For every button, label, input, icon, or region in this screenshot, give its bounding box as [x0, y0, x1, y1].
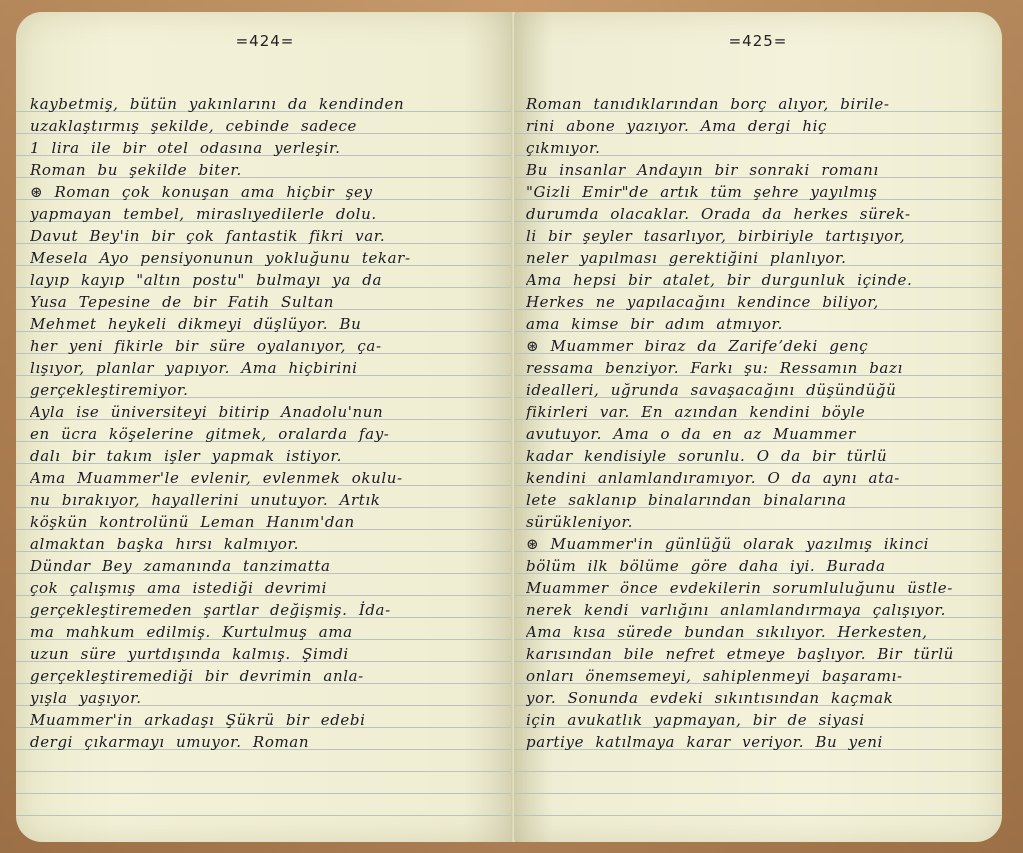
text-line: için avukatlık yapmayan, bir de siyasi — [526, 709, 992, 731]
text-line: yapmayan tembel, miraslıyedilerle dolu. — [30, 203, 504, 225]
text-line: nu bırakıyor, hayallerini unutuyor. Artı… — [30, 489, 504, 511]
left-notebook-page: =424= kaybetmiş, bütün yakınlarını da ke… — [16, 12, 514, 842]
text-line: en ücra köşelerine gitmek, oralarda fay- — [30, 423, 504, 445]
text-line: 1 lira ile bir otel odasına yerleşir. — [30, 137, 504, 159]
text-line: yışla yaşıyor. — [30, 687, 504, 709]
text-line: Ayla ise üniversiteyi bitirip Anadolu'nu… — [30, 401, 504, 423]
text-line: Ama Muammer'le evlenir, evlenmek okulu- — [30, 467, 504, 489]
text-line: her yeni fikirle bir süre oyalanıyor, ça… — [30, 335, 504, 357]
text-line: Herkes ne yapılacağını kendince biliyor, — [526, 291, 992, 313]
text-line: köşkün kontrolünü Leman Hanım'dan — [30, 511, 504, 533]
text-line: Mesela Ayo pensiyonunun yokluğunu tekar- — [30, 247, 504, 269]
text-line: Roman tanıdıklarından borç alıyor, biril… — [526, 93, 992, 115]
text-line: uzun süre yurtdışında kalmış. Şimdi — [30, 643, 504, 665]
text-line: ⊛ Roman çok konuşan ama hiçbir şey — [30, 181, 504, 203]
text-line: çıkmıyor. — [526, 137, 992, 159]
text-line: lete saklanıp binalarından binalarına — [526, 489, 992, 511]
text-line: onları önemsemeyi, sahiplenmeyi başaramı… — [526, 665, 992, 687]
text-line: durumda olacaklar. Orada da herkes sürek… — [526, 203, 992, 225]
text-line: fikirleri var. En azından kendini böyle — [526, 401, 992, 423]
text-line: Mehmet heykeli dikmeyi düşlüyor. Bu — [30, 313, 504, 335]
text-line: ama kimse bir adım atmıyor. — [526, 313, 992, 335]
text-line: gerçekleştiremediği bir devrimin anla- — [30, 665, 504, 687]
text-line: Roman bu şekilde biter. — [30, 159, 504, 181]
handwritten-text: Roman tanıdıklarından borç alıyor, biril… — [526, 93, 992, 753]
text-line: sürükleniyor. — [526, 511, 992, 533]
text-line: Dündar Bey zamanında tanzimatta — [30, 555, 504, 577]
text-line: rini abone yazıyor. Ama dergi hiç — [526, 115, 992, 137]
text-line: nerek kendi varlığını anlamlandırmaya ça… — [526, 599, 992, 621]
text-line: dergi çıkarmayı umuyor. Roman — [30, 731, 504, 753]
text-line: layıp kayıp "altın postu" bulmayı ya da — [30, 269, 504, 291]
text-line: idealleri, uğrunda savaşacağını düşündüğ… — [526, 379, 992, 401]
page-number: =425= — [514, 32, 1002, 50]
text-line: avutuyor. Ama o da en az Muammer — [526, 423, 992, 445]
text-line: lışıyor, planlar yapıyor. Ama hiçbirini — [30, 357, 504, 379]
page-number: =424= — [16, 32, 514, 50]
text-line: Ama hepsi bir atalet, bir durgunluk için… — [526, 269, 992, 291]
text-line: partiye katılmaya karar veriyor. Bu yeni — [526, 731, 992, 753]
text-line: bölüm ilk bölüme göre daha iyi. Burada — [526, 555, 992, 577]
text-line: "Gizli Emir"de artık tüm şehre yayılmış — [526, 181, 992, 203]
text-line: gerçekleştiremeden şartlar değişmiş. İda… — [30, 599, 504, 621]
text-line: ⊛ Muammer'in günlüğü olarak yazılmış iki… — [526, 533, 992, 555]
text-line: almaktan başka hırsı kalmıyor. — [30, 533, 504, 555]
text-line: uzaklaştırmış şekilde, cebinde sadece — [30, 115, 504, 137]
text-line: çok çalışmış ama istediği devrimi — [30, 577, 504, 599]
text-line: gerçekleştiremiyor. — [30, 379, 504, 401]
text-line: Muammer önce evdekilerin sorumluluğunu ü… — [526, 577, 992, 599]
text-line: Muammer'in arkadaşı Şükrü bir edebi — [30, 709, 504, 731]
text-line: Bu insanlar Andayın bir sonraki romanı — [526, 159, 992, 181]
text-line: ressama benziyor. Farkı şu: Ressamın baz… — [526, 357, 992, 379]
text-line: kadar kendisiyle sorunlu. O da bir türlü — [526, 445, 992, 467]
text-line: kendini anlamlandıramıyor. O da aynı ata… — [526, 467, 992, 489]
text-line: ma mahkum edilmiş. Kurtulmuş ama — [30, 621, 504, 643]
text-line: Yusa Tepesine de bir Fatih Sultan — [30, 291, 504, 313]
text-line: ⊛ Muammer biraz da Zarifeʼdeki genç — [526, 335, 992, 357]
text-line: Davut Bey'in bir çok fantastik fikri var… — [30, 225, 504, 247]
text-line: kaybetmiş, bütün yakınlarını da kendinde… — [30, 93, 504, 115]
text-line: karısından bile nefret etmeye başlıyor. … — [526, 643, 992, 665]
right-notebook-page: =425= Roman tanıdıklarından borç alıyor,… — [514, 12, 1002, 842]
text-line: li bir şeyler tasarlıyor, birbiriyle tar… — [526, 225, 992, 247]
text-line: neler yapılması gerektiğini planlıyor. — [526, 247, 992, 269]
text-line: yor. Sonunda evdeki sıkıntısından kaçmak — [526, 687, 992, 709]
handwritten-text: kaybetmiş, bütün yakınlarını da kendinde… — [30, 93, 504, 753]
text-line: Ama kısa sürede bundan sıkılıyor. Herkes… — [526, 621, 992, 643]
text-line: dalı bir takım işler yapmak istiyor. — [30, 445, 504, 467]
